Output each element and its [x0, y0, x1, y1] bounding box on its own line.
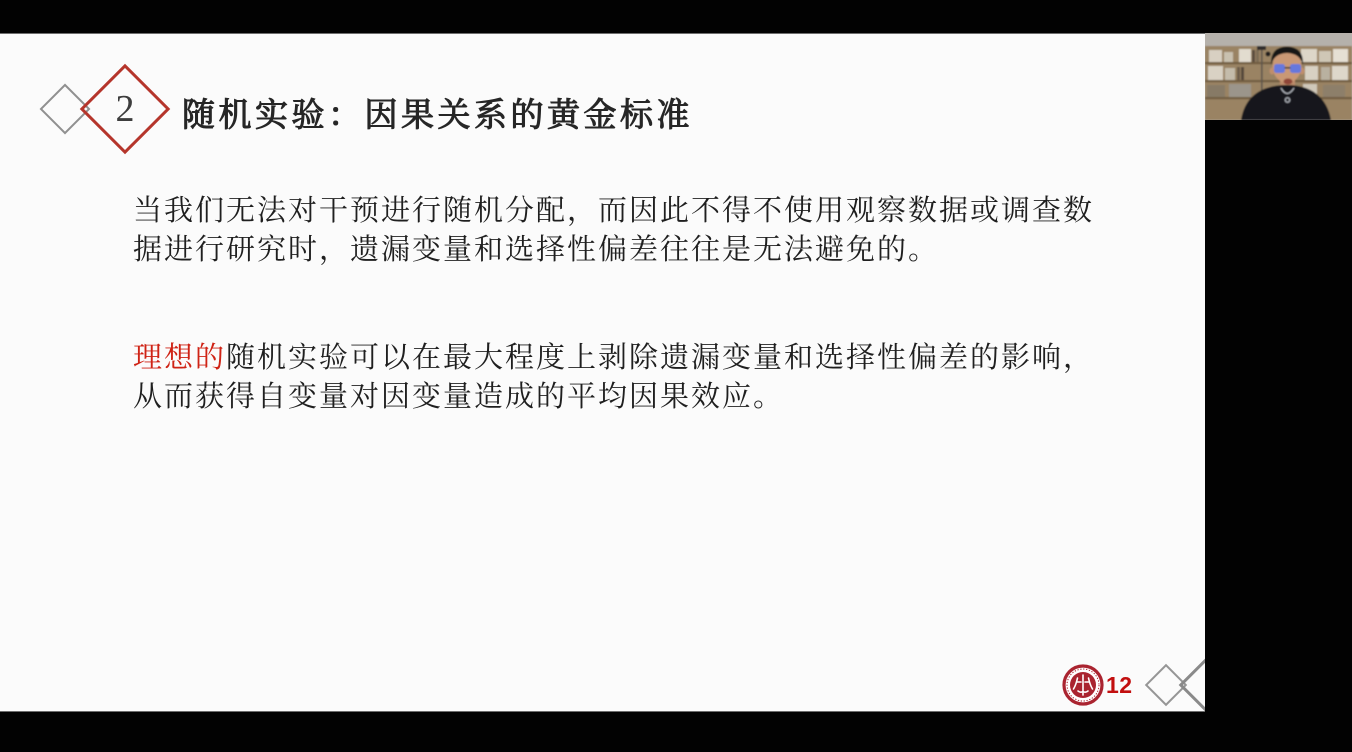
paragraph-1: 当我们无法对干预进行随机分配，而因此不得不使用观察数据或调查数 据进行研究时，遗…	[133, 192, 1094, 270]
screen: 2 随机实验：因果关系的黄金标准 当我们无法对干预进行随机分配，而因此不得不使用…	[0, 0, 1352, 752]
section-number: 2	[105, 82, 145, 136]
paragraph-2-line-2: 从而获得自变量对因变量造成的平均因果效应。	[133, 378, 1094, 417]
page-number: 12	[1106, 672, 1150, 699]
paragraph-2-line-1-rest: 随机实验可以在最大程度上剥除遗漏变量和选择性偏差的影响，	[226, 342, 1094, 374]
paragraph-1-line-1: 当我们无法对干预进行随机分配，而因此不得不使用观察数据或调查数	[133, 192, 1094, 231]
highlighted-text: 理想的	[133, 342, 226, 374]
paragraph-2-line-1: 理想的随机实验可以在最大程度上剥除遗漏变量和选择性偏差的影响，	[133, 339, 1094, 378]
paragraph-2: 理想的随机实验可以在最大程度上剥除遗漏变量和选择性偏差的影响， 从而获得自变量对…	[133, 339, 1094, 417]
presentation-slide: 2 随机实验：因果关系的黄金标准 当我们无法对干预进行随机分配，而因此不得不使用…	[0, 33, 1205, 712]
peking-university-seal-icon	[1062, 664, 1104, 706]
footer-large-diamond-icon	[1179, 650, 1205, 712]
paragraph-1-line-2: 据进行研究时，遗漏变量和选择性偏差往往是无法避免的。	[133, 231, 1094, 270]
speaker-webcam-video[interactable]	[1205, 33, 1352, 120]
slide-title: 随机实验：因果关系的黄金标准	[182, 89, 693, 136]
